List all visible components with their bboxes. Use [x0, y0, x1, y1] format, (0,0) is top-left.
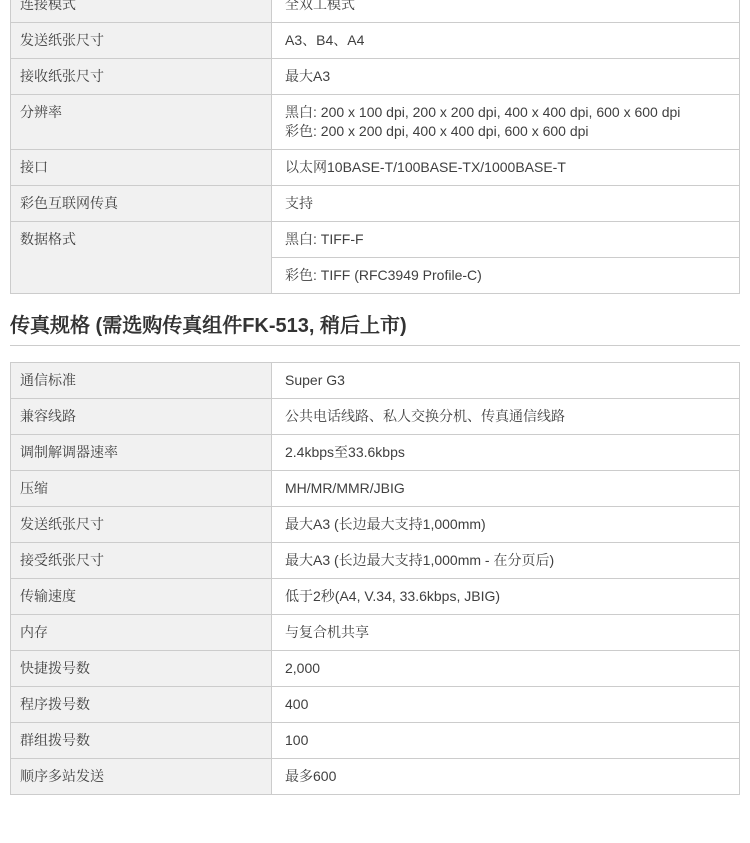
- spec-value: 黑白: TIFF-F: [272, 222, 740, 258]
- spec-value: 2.4kbps至33.6kbps: [272, 435, 740, 471]
- table-row: 通信标准 Super G3: [11, 363, 740, 399]
- spec-label: 快捷拨号数: [11, 651, 272, 687]
- section-title: 传真规格 (需选购传真组件FK-513, 稍后上市): [10, 314, 740, 338]
- table-row: 数据格式 黑白: TIFF-F: [11, 222, 740, 258]
- spec-value: 彩色: TIFF (RFC3949 Profile-C): [272, 258, 740, 294]
- table-row: 连接模式 全双工模式: [11, 0, 740, 23]
- table-row: 接受纸张尺寸 最大A3 (长边最大支持1,000mm - 在分页后): [11, 543, 740, 579]
- table-row: 快捷拨号数 2,000: [11, 651, 740, 687]
- table-row: 接口 以太网10BASE-T/100BASE-TX/1000BASE-T: [11, 150, 740, 186]
- spec-value: 全双工模式: [272, 0, 740, 23]
- spec-value: MH/MR/MMR/JBIG: [272, 471, 740, 507]
- spec-value: 2,000: [272, 651, 740, 687]
- spec-label: 分辨率: [11, 95, 272, 150]
- table-row: 分辨率 黑白: 200 x 100 dpi, 200 x 200 dpi, 40…: [11, 95, 740, 150]
- spec-label: 接受纸张尺寸: [11, 543, 272, 579]
- spec-label: 程序拨号数: [11, 687, 272, 723]
- spec-label: 接收纸张尺寸: [11, 59, 272, 95]
- internet-fax-spec-table: 连接模式 全双工模式 发送纸张尺寸 A3、B4、A4 接收纸张尺寸 最大A3 分…: [10, 0, 740, 294]
- spec-label: 传输速度: [11, 579, 272, 615]
- spec-value: 最大A3 (长边最大支持1,000mm - 在分页后): [272, 543, 740, 579]
- spec-label: 兼容线路: [11, 399, 272, 435]
- table-row: 发送纸张尺寸 A3、B4、A4: [11, 23, 740, 59]
- spec-label: 连接模式: [11, 0, 272, 23]
- table-row: 顺序多站发送 最多600: [11, 759, 740, 795]
- spec-label: 内存: [11, 615, 272, 651]
- page-content: 连接模式 全双工模式 发送纸张尺寸 A3、B4、A4 接收纸张尺寸 最大A3 分…: [0, 0, 750, 795]
- spacer: [10, 346, 740, 362]
- spec-label: 通信标准: [11, 363, 272, 399]
- spec-value-line: 彩色: 200 x 200 dpi, 400 x 400 dpi, 600 x …: [285, 122, 729, 141]
- table-row: 群组拨号数 100: [11, 723, 740, 759]
- table-row: 彩色互联网传真 支持: [11, 186, 740, 222]
- spec-value: 100: [272, 723, 740, 759]
- spec-value: 最大A3: [272, 59, 740, 95]
- table-row: 发送纸张尺寸 最大A3 (长边最大支持1,000mm): [11, 507, 740, 543]
- table-row: 压缩 MH/MR/MMR/JBIG: [11, 471, 740, 507]
- table-row: 传输速度 低于2秒(A4, V.34, 33.6kbps, JBIG): [11, 579, 740, 615]
- table-row: 接收纸张尺寸 最大A3: [11, 59, 740, 95]
- spec-value: 支持: [272, 186, 740, 222]
- spec-label: 顺序多站发送: [11, 759, 272, 795]
- spec-value: Super G3: [272, 363, 740, 399]
- spec-value: 以太网10BASE-T/100BASE-TX/1000BASE-T: [272, 150, 740, 186]
- spec-label: 数据格式: [11, 222, 272, 294]
- spec-label: 发送纸张尺寸: [11, 507, 272, 543]
- spec-value-line: 黑白: 200 x 100 dpi, 200 x 200 dpi, 400 x …: [285, 103, 729, 122]
- table-row: 程序拨号数 400: [11, 687, 740, 723]
- spec-value: 公共电话线路、私人交换分机、传真通信线路: [272, 399, 740, 435]
- spec-label: 调制解调器速率: [11, 435, 272, 471]
- spec-value: 与复合机共享: [272, 615, 740, 651]
- spec-value: A3、B4、A4: [272, 23, 740, 59]
- spec-label: 接口: [11, 150, 272, 186]
- spec-label: 彩色互联网传真: [11, 186, 272, 222]
- table-row: 兼容线路 公共电话线路、私人交换分机、传真通信线路: [11, 399, 740, 435]
- spec-value: 低于2秒(A4, V.34, 33.6kbps, JBIG): [272, 579, 740, 615]
- spec-label: 压缩: [11, 471, 272, 507]
- fax-spec-table: 通信标准 Super G3 兼容线路 公共电话线路、私人交换分机、传真通信线路 …: [10, 362, 740, 795]
- spec-label: 发送纸张尺寸: [11, 23, 272, 59]
- table-row: 调制解调器速率 2.4kbps至33.6kbps: [11, 435, 740, 471]
- spec-value: 黑白: 200 x 100 dpi, 200 x 200 dpi, 400 x …: [272, 95, 740, 150]
- table-row: 内存 与复合机共享: [11, 615, 740, 651]
- spec-value: 最多600: [272, 759, 740, 795]
- spec-label: 群组拨号数: [11, 723, 272, 759]
- spec-value: 400: [272, 687, 740, 723]
- spec-value: 最大A3 (长边最大支持1,000mm): [272, 507, 740, 543]
